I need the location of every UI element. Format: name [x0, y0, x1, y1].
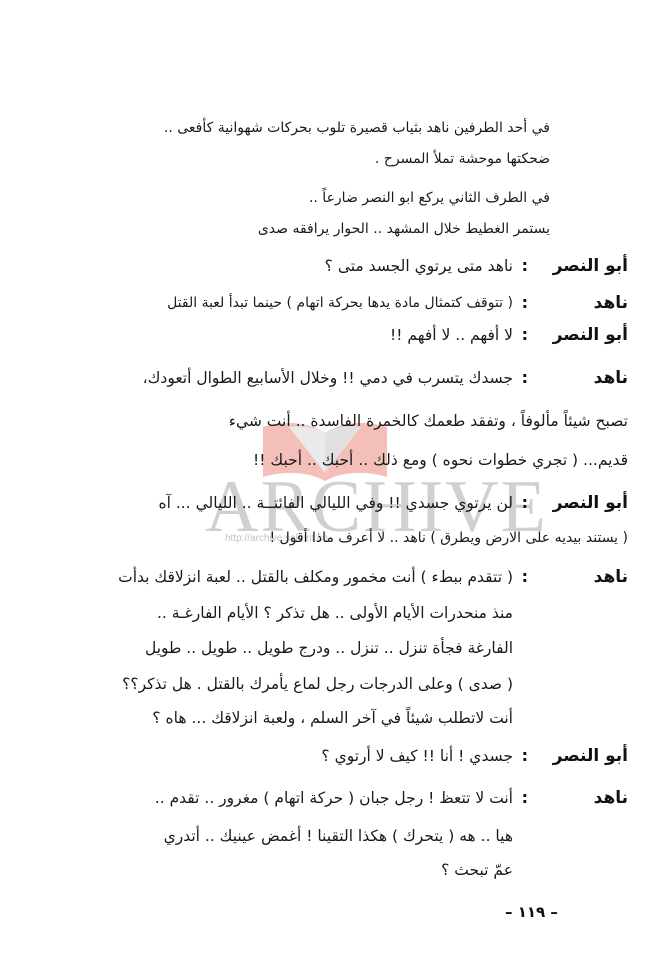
stage-direction: ضحكتها موحشة تملأ المسرح .: [375, 148, 550, 170]
speaker-name: ناهد: [594, 367, 628, 389]
dialogue-line: أنت لاتطلب شيئاً في آخر السلم ، ولعبة ان…: [152, 707, 513, 729]
speaker-name: أبو النصر: [553, 745, 628, 767]
dialogue-line: تصبح شيئاً مألوفاً ، وتفقد طعمك كالخمرة …: [229, 410, 628, 432]
dialogue-line: ( صدى ) وعلى الدرجات رجل لماع يأمرك بالق…: [122, 673, 513, 695]
stage-direction: في الطرف الثاني يركع ابو النصر ضارعاً ..: [309, 187, 550, 209]
book-page: ARCHIVE http://archive.sakhrit.co في أحد…: [0, 0, 668, 978]
speaker-colon: :: [522, 492, 528, 514]
speaker-name: أبو النصر: [553, 255, 628, 277]
speaker-name: أبو النصر: [553, 324, 628, 346]
speaker-name: ناهد: [594, 787, 628, 809]
stage-direction: يستمر الغطيط خلال المشهد .. الحوار يرافق…: [258, 218, 550, 240]
speaker-name: ناهد: [594, 566, 628, 588]
dialogue-line: جسدك يتسرب في دمي !! وخلال الأسابيع الطو…: [143, 367, 513, 389]
speaker-colon: :: [522, 255, 528, 277]
dialogue-line: لا أفهم .. لا أفهم !!: [390, 324, 513, 346]
dialogue-line: أنت لا تتعظ ! رجل جبان ( حركة اتهام ) مغ…: [155, 787, 513, 809]
speaker-colon: :: [522, 745, 528, 767]
speaker-name: ناهد: [594, 292, 628, 314]
speaker-name: أبو النصر: [553, 492, 628, 514]
dialogue-line: عمّ تبحث ؟: [441, 859, 513, 881]
dialogue-line: ( تتقدم ببطء ) أنت مخمور ومكلف بالقتل ..…: [118, 566, 513, 588]
dialogue-line: قديم... ( تجري خطوات نحوه ) ومع ذلك .. أ…: [253, 449, 628, 471]
dialogue-line: جسدي ! أنا !! كيف لا أرتوي ؟: [321, 745, 513, 767]
dialogue-line: ( يستند بيديه على الارض ويطرق ) ناهد .. …: [269, 527, 628, 549]
dialogue-line: ناهد متى يرتوي الجسد متى ؟: [325, 255, 513, 277]
speaker-colon: :: [522, 787, 528, 809]
dialogue-line: هيا .. هه ( يتحرك ) هكذا التقينا ! أغمض …: [164, 825, 513, 847]
speaker-colon: :: [522, 292, 528, 314]
dialogue-line: ( تتوقف كتمثال مادة يدها بحركة اتهام ) ح…: [167, 292, 513, 314]
dialogue-line: منذ منحدرات الأيام الأولى .. هل تذكر ؟ ا…: [157, 602, 513, 624]
dialogue-line: الفارغة فجأة تنزل .. تنزل .. ودرج طويل .…: [145, 637, 513, 659]
speaker-colon: :: [522, 566, 528, 588]
speaker-colon: :: [522, 367, 528, 389]
speaker-colon: :: [522, 324, 528, 346]
page-number: – ١١٩ –: [505, 903, 558, 921]
dialogue-line: لن يرتوي جسدي !! وفي الليالي الفائتــة .…: [159, 492, 513, 514]
stage-direction: في أحد الطرفين ناهد بثياب قصيرة تلوب بحر…: [164, 117, 550, 139]
